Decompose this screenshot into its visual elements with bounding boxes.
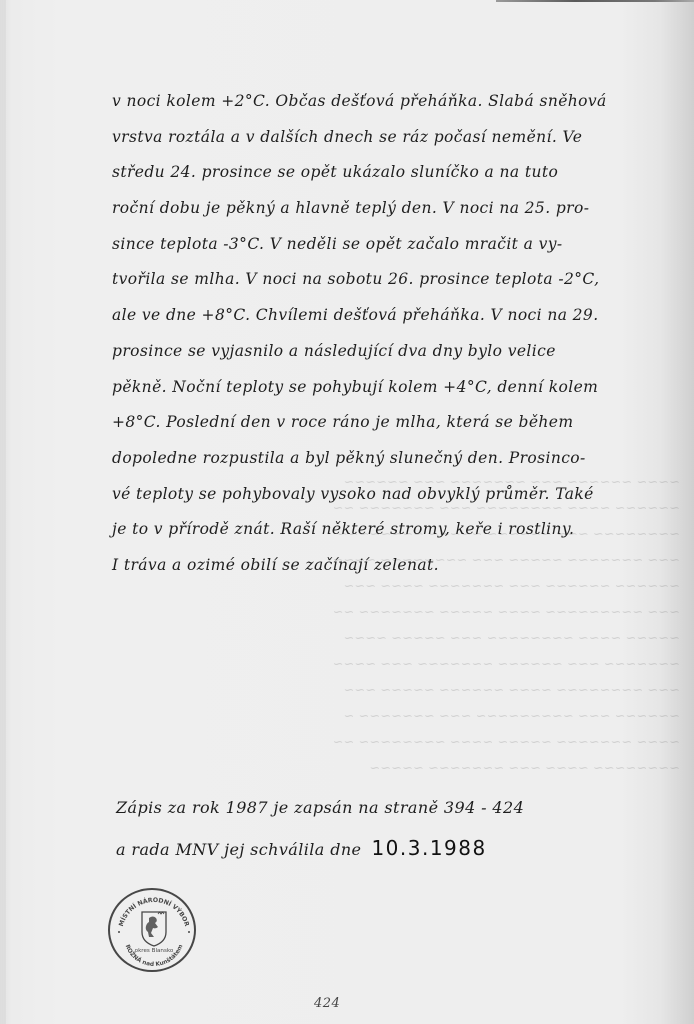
approval-note: Zápis za rok 1987 je zapsán na straně 39… [116,788,524,868]
approval-note-line-1: Zápis za rok 1987 je zapsán na straně 39… [116,788,524,828]
text-line: vé teploty se pohybovaly vysoko nad obvy… [112,477,642,513]
text-line: vrstva roztála a v dalších dnech se ráz … [112,120,642,156]
stamp-seal-graphic: MÍSTNÍ NÁRODNÍ VÝBOR ROŽNÁ nad Kunštátem… [110,890,198,974]
approval-note-line-2: a rada MNV jej schválila dne10.3.1988 [116,828,524,868]
chronicle-entry-text: v noci kolem +2°C. Občas dešťová přeháňk… [112,84,642,584]
text-line: pěkně. Noční teploty se pohybují kolem +… [112,370,642,406]
text-line: I tráva a ozimé obilí se začínají zelena… [112,548,642,584]
stamp-district-text: okres Blansko [135,948,174,954]
top-page-edge-shadow [496,0,694,2]
text-line: +8°C. Poslední den v roce ráno je mlha, … [112,405,642,441]
text-line: v noci kolem +2°C. Občas dešťová přeháňk… [112,84,642,120]
text-line: tvořila se mlha. V noci na sobotu 26. pr… [112,262,642,298]
text-line: roční dobu je pěkný a hlavně teplý den. … [112,191,642,227]
text-line: je to v přírodě znát. Raší některé strom… [112,512,642,548]
text-line: prosince se vyjasnilo a následující dva … [112,334,642,370]
approval-date: 10.3.1988 [371,836,486,860]
lion-shield-icon [142,912,166,946]
approval-text: a rada MNV jej schválila dne [116,840,361,859]
text-line: středu 24. prosince se opět ukázalo slun… [112,155,642,191]
official-stamp: MÍSTNÍ NÁRODNÍ VÝBOR ROŽNÁ nad Kunštátem… [108,888,196,972]
scanned-page: ~~~~ ~~~~~~ ~~~ ~~~~~~~ ~~~ ~~~~~~ ~~~~~… [0,0,694,1024]
page-number: 424 [314,996,340,1011]
text-line: since teplota -3°C. V neděli se opět zač… [112,227,642,263]
left-binding-edge [0,0,6,1024]
text-line: ale ve dne +8°C. Chvílemi dešťová přeháň… [112,298,642,334]
text-line: dopoledne rozpustila a byl pěkný slunečn… [112,441,642,477]
